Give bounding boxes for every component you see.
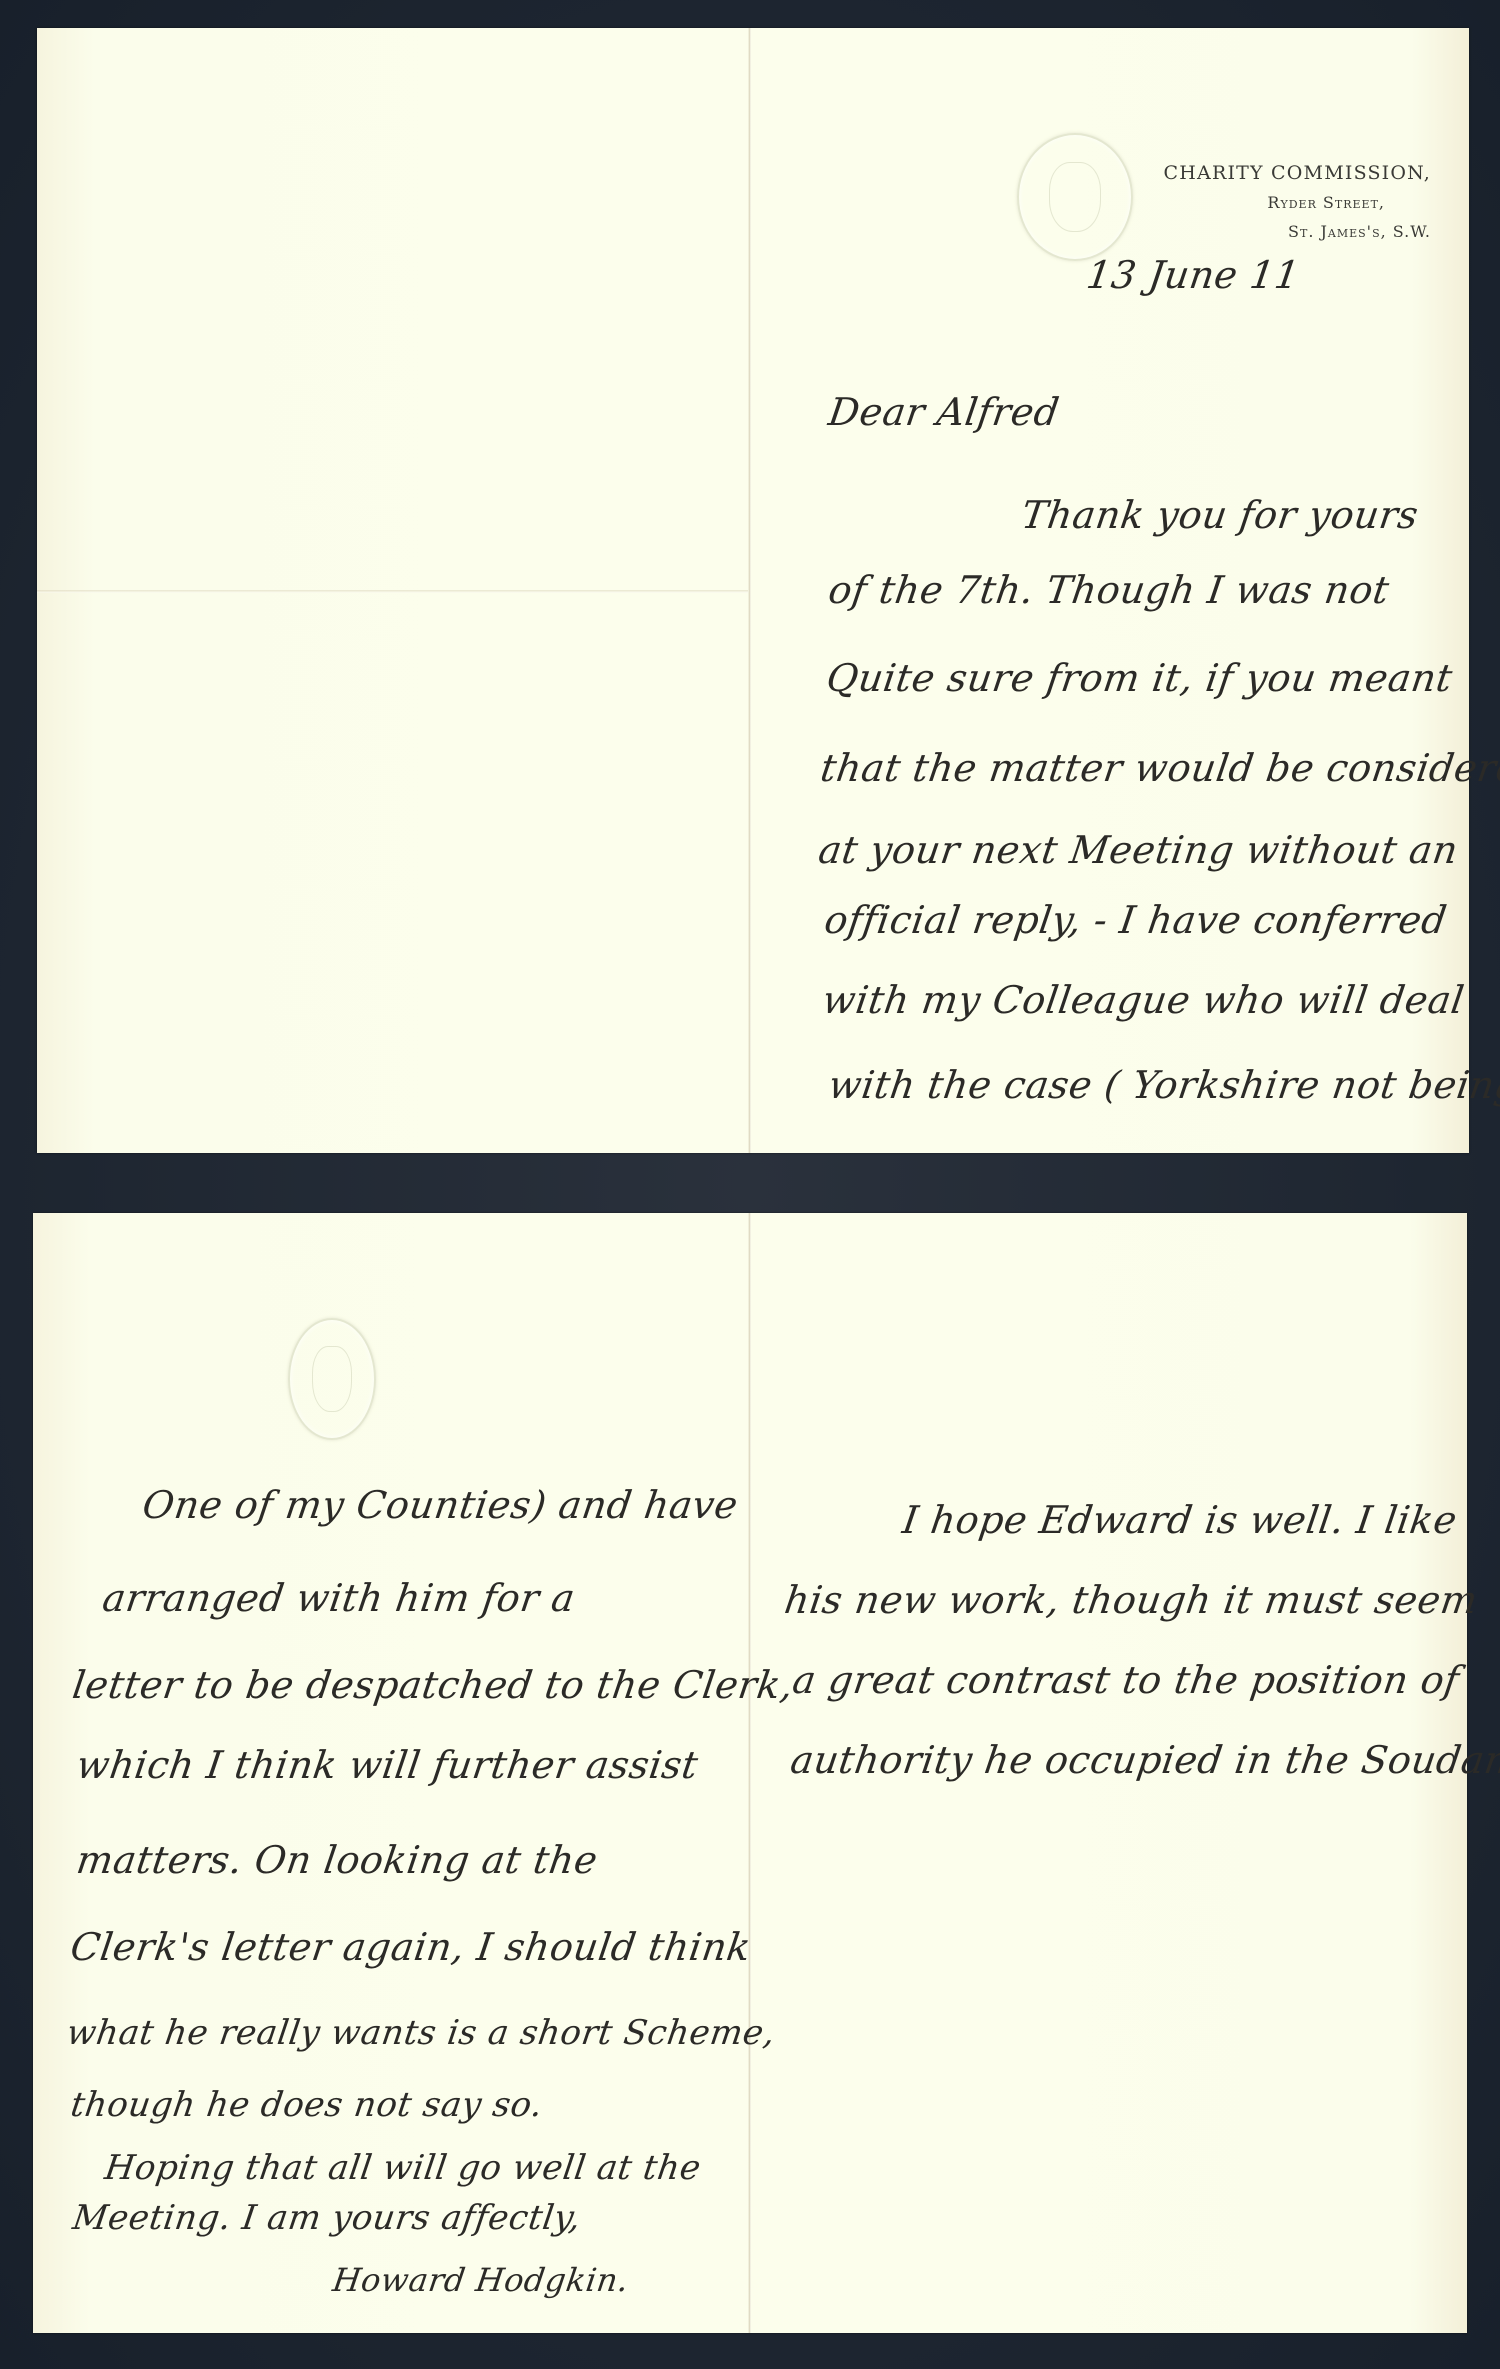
letter-line: One of my Counties) and have	[140, 1483, 741, 1527]
letter-line: what he really wants is a short Scheme,	[64, 2013, 778, 2053]
letter-line: with the case ( Yorkshire not being	[826, 1063, 1500, 1107]
letterhead-organization: CHARITY COMMISSION,	[1164, 162, 1431, 184]
letter-sheet-top: CHARITY COMMISSION, Ryder Street, St. Ja…	[37, 28, 1469, 1153]
embossed-seal-icon	[1017, 133, 1133, 261]
letter-line: Hoping that all will go well at the	[102, 2148, 703, 2188]
letter-line: authority he occupied in the Soudan.	[788, 1738, 1500, 1782]
letter-line: a great contrast to the position of	[790, 1658, 1462, 1702]
letter-line: which I think will further assist	[74, 1743, 701, 1787]
letter-date: 13 June 11	[1084, 253, 1303, 297]
horizontal-fold-crease	[37, 590, 748, 593]
letter-line: with my Colleague who will deal	[820, 978, 1467, 1022]
letter-salutation: Dear Alfred	[826, 390, 1062, 434]
vertical-fold-crease	[748, 1213, 751, 2333]
letter-line: of the 7th. Though I was not	[826, 568, 1392, 612]
letterhead-street: Ryder Street,	[1164, 193, 1385, 212]
seal-crest-icon	[1049, 162, 1101, 232]
letter-sheet-bottom: One of my Counties) and have arranged wi…	[33, 1213, 1467, 2333]
embossed-seal-icon	[288, 1318, 376, 1440]
signature: Howard Hodgkin.	[330, 2261, 631, 2299]
letter-line: that the matter would be considered	[818, 746, 1500, 790]
letterhead: CHARITY COMMISSION, Ryder Street, St. Ja…	[1164, 162, 1431, 241]
letter-line: official reply, - I have conferred	[822, 898, 1450, 942]
letter-line: matters. On looking at the	[74, 1838, 601, 1882]
letter-line: Clerk's letter again, I should think	[68, 1925, 754, 1969]
letter-line: though he does not say so.	[68, 2085, 545, 2125]
letter-line: Meeting. I am yours affectly,	[70, 2198, 583, 2238]
letter-line: Quite sure from it, if you meant	[824, 656, 1455, 700]
letter-line: arranged with him for a	[100, 1576, 578, 1620]
letter-line: his new work, though it must seem	[782, 1578, 1481, 1622]
letter-line: Thank you for yours	[1019, 493, 1421, 537]
vertical-fold-crease	[748, 28, 751, 1153]
letter-line: at your next Meeting without an	[816, 828, 1461, 872]
letterhead-city: St. James's, S.W.	[1164, 222, 1431, 241]
letter-line: I hope Edward is well. I like	[900, 1498, 1460, 1542]
letter-line: letter to be despatched to the Clerk,	[70, 1663, 796, 1707]
seal-crest-icon	[312, 1346, 352, 1413]
